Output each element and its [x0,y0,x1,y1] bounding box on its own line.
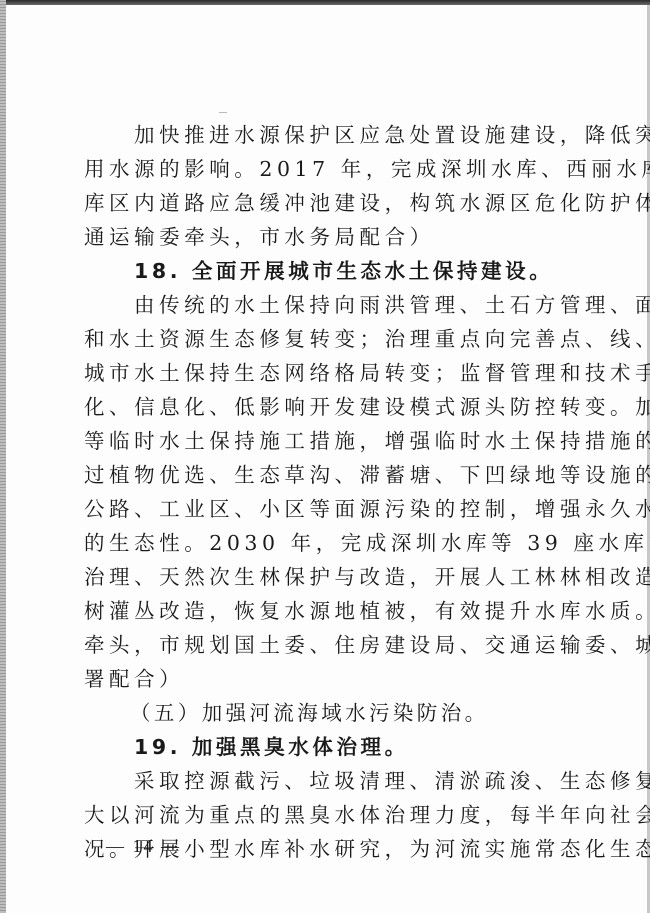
paragraph-soil-conservation: 由传统的水土保持向雨洪管理、土石方管理、面源污染防控 和水土资源生态修复转变；治… [84,288,566,696]
text-line: 通运输委牵头，市水务局配合） [84,220,566,254]
text-line: 牵头，市规划国土委、住房建设局、交通运输委、城管局、工务 [84,628,566,662]
text-line: 等临时水土保持施工措施，增强临时水土保持措施的有效性。通 [84,424,566,458]
text-line: 署配合） [84,662,566,696]
scan-top-edge [0,0,650,5]
text-line: 由传统的水土保持向雨洪管理、土石方管理、面源污染防控 [84,288,566,322]
text-line: 治理、天然次生林保护与改造，开展人工林林相改造和疏林与稀 [84,560,566,594]
text-line: 化、信息化、低影响开发建设模式源头防控转变。加强排水沉沙 [84,390,566,424]
scan-left-edge [0,0,6,913]
text-line: 用水源的影响。2017 年，完成深圳水库、西丽水库等 15 座水库 [84,152,566,186]
text-line: 公路、工业区、小区等面源污染的控制，增强永久水土保持措施 [84,492,566,526]
paragraph-emergency-facilities: 加快推进水源保护区应急处置设施建设，降低突发状况对饮 用水源的影响。2017 年… [84,118,566,254]
text-line: 大以河流为重点的黑臭水体治理力度，每半年向社会公布治理情 [84,798,566,832]
text-line: 采取控源截污、垃圾清理、清淤疏浚、生态修复等措施，加 [84,764,566,798]
heading-18: 18. 全面开展城市生态水土保持建设。 [84,254,566,288]
scan-artifact-mark [219,112,227,113]
document-page: 加快推进水源保护区应急处置设施建设，降低突发状况对饮 用水源的影响。2017 年… [84,118,566,866]
text-line: 的生态性。2030 年，完成深圳水库等 39 座水库流域内水土流失 [84,526,566,560]
section-heading-5: （五）加强河流海域水污染防治。 [84,696,566,730]
text-line: 城市水土保持生态网络格局转变；监督管理和技术手段向法治 [84,356,566,390]
text-line: 过植物优选、生态草沟、滞蓄塘、下凹绿地等设施的建设，加强 [84,458,566,492]
text-line: 和水土资源生态修复转变；治理重点向完善点、线、面相结合的 [84,322,566,356]
heading-19: 19. 加强黑臭水体治理。 [84,730,566,764]
page-number: — 14 — [106,836,181,857]
text-line: 树灌丛改造，恢复水源地植被，有效提升水库水质。（市水务局 [84,594,566,628]
text-line: 库区内道路应急缓冲池建设，构筑水源区危化防护体系。（市交 [84,186,566,220]
text-line: 加快推进水源保护区应急处置设施建设，降低突发状况对饮 [84,118,566,152]
